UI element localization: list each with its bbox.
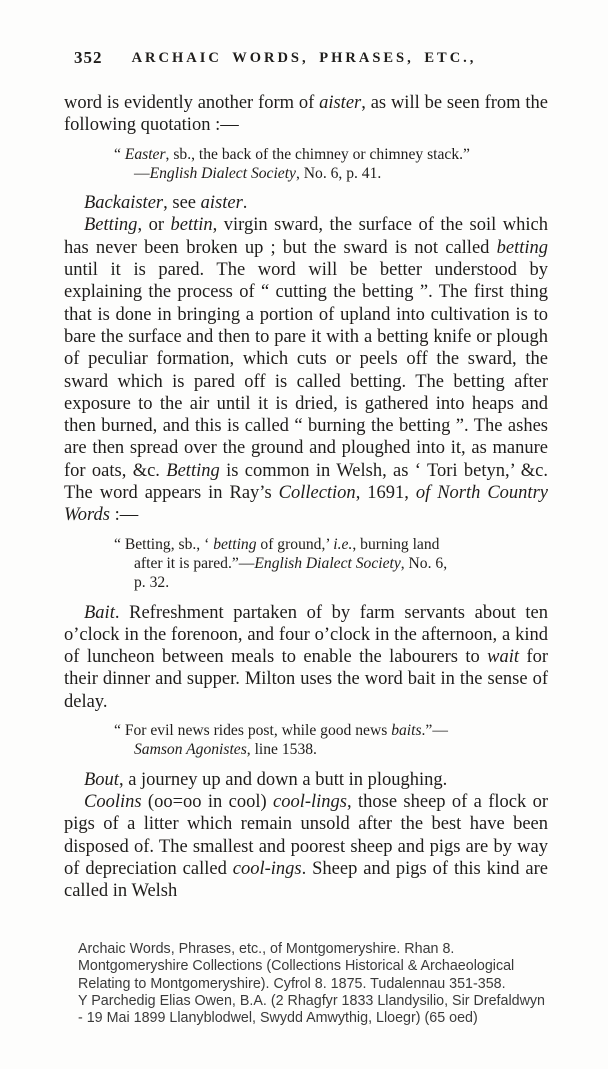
caption-line-1: Archaic Words, Phrases, etc., of Montgom… — [78, 941, 600, 958]
scanned-book-page: 352 ARCHAIC WORDS, PHRASES, ETC., word i… — [0, 0, 608, 1069]
paragraph-bait: Bait. Refreshment partaken of by farm se… — [64, 602, 548, 713]
caption-line-4: Y Parchedig Elias Owen, B.A. (2 Rhagfyr … — [78, 993, 600, 1010]
page-body: word is evidently another form of aister… — [64, 92, 548, 902]
caption-line-5: - 19 Mai 1899 Llanyblodwel, Swydd Amwyth… — [78, 1010, 600, 1027]
quote-bait-milton: “ For evil news rides post, while good n… — [114, 721, 540, 760]
source-caption: Archaic Words, Phrases, etc., of Montgom… — [78, 941, 600, 1027]
paragraph-backaister: Backaister, see aister. — [64, 192, 548, 214]
paragraph-aister-continuation: word is evidently another form of aister… — [64, 92, 548, 137]
paragraph-bout: Bout, a journey up and down a butt in pl… — [64, 769, 548, 791]
paragraph-coolins: Coolins (oo=oo in cool) cool-lings, thos… — [64, 791, 548, 902]
paragraph-betting: Betting, or bettin, virgin sward, the su… — [64, 214, 548, 526]
quote-easter: “ Easter, sb., the back of the chimney o… — [114, 145, 540, 184]
caption-line-2: Montgomeryshire Collections (Collections… — [78, 958, 600, 975]
page-header: 352 ARCHAIC WORDS, PHRASES, ETC., — [0, 0, 608, 72]
page-number: 352 — [74, 48, 103, 68]
quote-betting: “ Betting, sb., ‘ betting of ground,’ i.… — [114, 535, 540, 593]
caption-line-3: Relating to Montgomeryshire). Cyfrol 8. … — [78, 976, 600, 993]
